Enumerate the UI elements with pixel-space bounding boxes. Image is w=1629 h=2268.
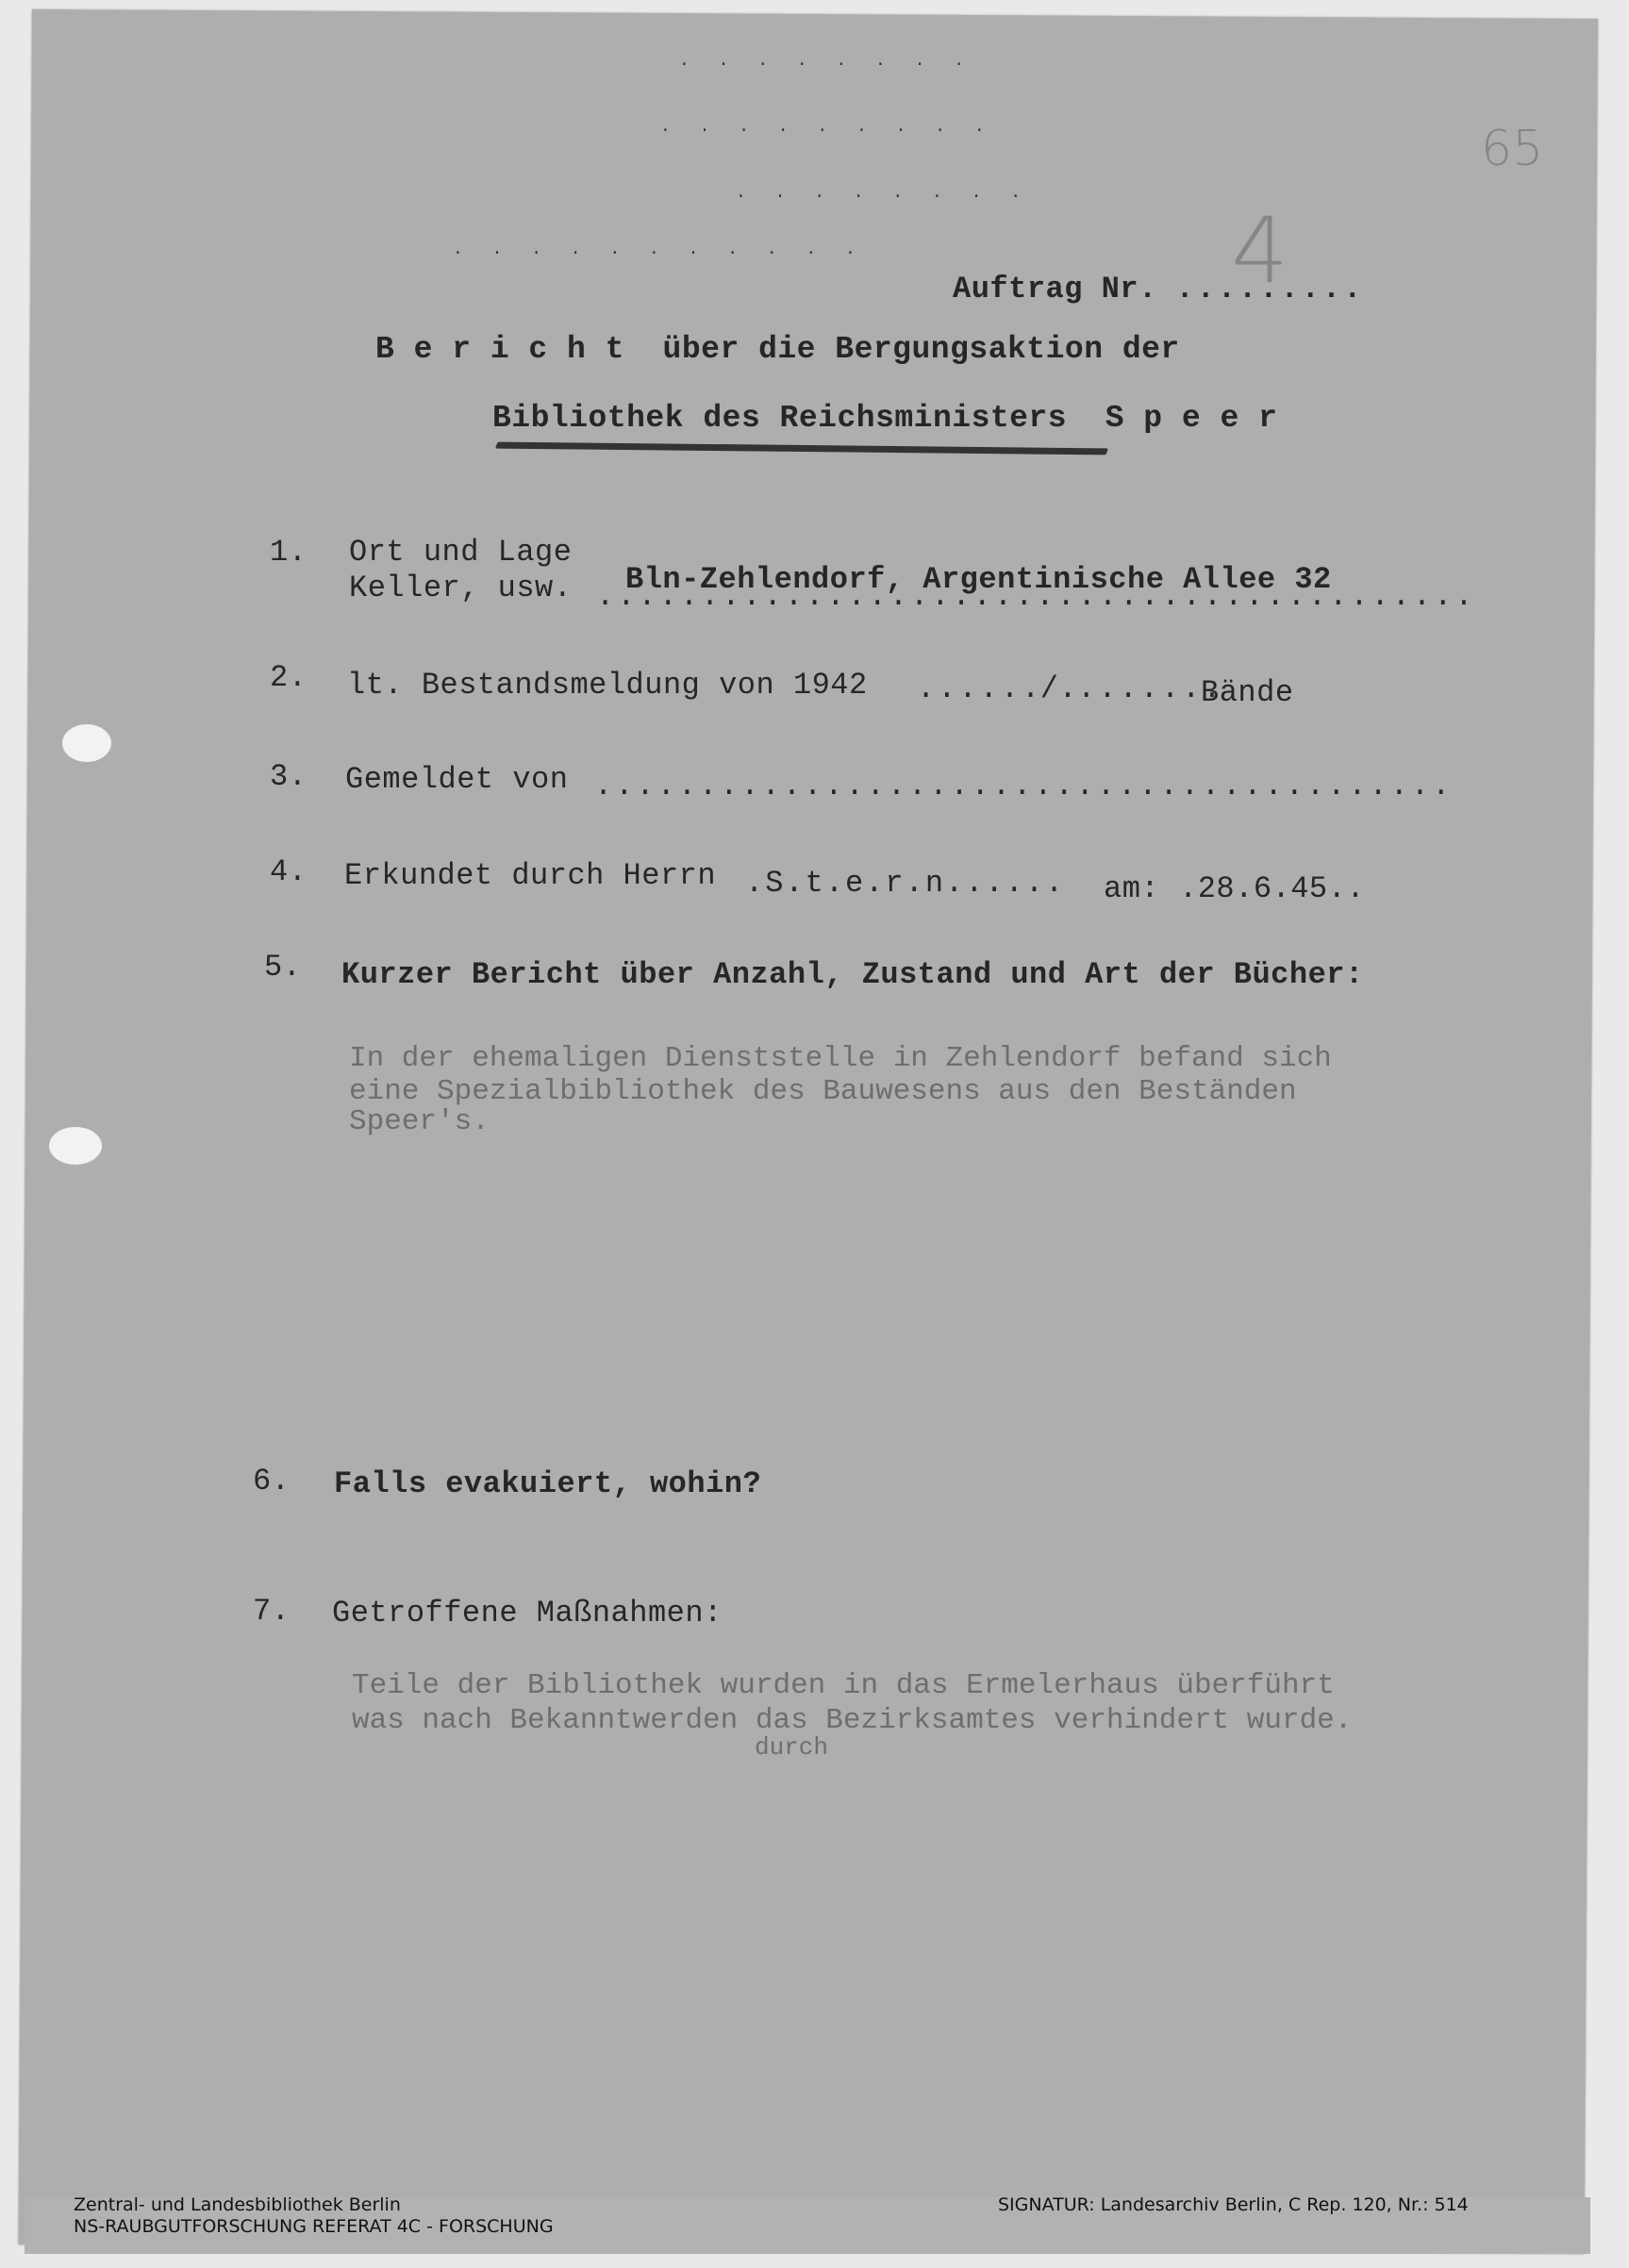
- item-4-number: 4.: [270, 854, 307, 889]
- item-6-number: 6.: [253, 1464, 290, 1498]
- item-5-number: 5.: [264, 950, 301, 985]
- item-7-body-line-1: Teile der Bibliothek wurden in das Ermel…: [352, 1669, 1335, 1702]
- item-4-date: .28.6.45..: [1179, 871, 1365, 906]
- stray-marks: . . . . . . . . .: [660, 118, 994, 137]
- item-3-label: Gemeldet von: [345, 762, 568, 797]
- footer-signature: SIGNATUR: Landesarchiv Berlin, C Rep. 12…: [998, 2194, 1469, 2215]
- item-4-date-label: am:: [1104, 871, 1159, 906]
- item-1-label: Ort und Lage: [349, 535, 572, 570]
- stray-marks: . . . . . . . .: [679, 52, 973, 71]
- page-number-handwritten: 65: [1481, 121, 1543, 177]
- item-2-label: lt. Bestandsmeldung von 1942: [347, 668, 868, 703]
- item-5-label: Kurzer Bericht über Anzahl, Zustand und …: [341, 957, 1364, 992]
- item-7-number: 7.: [253, 1594, 290, 1629]
- item-2-suffix: Bände: [1201, 675, 1294, 710]
- title-line-2: Bibliothek des Reichsministers S p e e r: [492, 401, 1277, 436]
- stray-marks: . . . . . . . . . . .: [453, 240, 865, 259]
- stray-marks: . . . . . . . .: [736, 184, 1030, 203]
- title-line-1: B e r i c h t über die Bergungsaktion de…: [375, 332, 1180, 367]
- item-2-value: ....../........: [917, 671, 1224, 706]
- item-5-body-line-2: eine Spezialbibliothek des Bauwesens aus…: [349, 1075, 1297, 1108]
- order-label: Auftrag Nr. .........: [953, 272, 1364, 306]
- punch-hole-bottom: [49, 1127, 102, 1165]
- order-number-handwritten: 4: [1231, 198, 1288, 304]
- footer-department: NS-RAUBGUTFORSCHUNG REFERAT 4C - FORSCHU…: [74, 2216, 554, 2237]
- item-4-name: .S.t.e.r.n......: [745, 866, 1065, 901]
- punch-hole-top: [62, 724, 111, 762]
- item-7-body-line-2: was nach Bekanntwerden das Bezirksamtes …: [352, 1704, 1352, 1737]
- item-3-leader: ........................................…: [594, 769, 1453, 803]
- item-4-label: Erkundet durch Herrn: [344, 858, 716, 893]
- item-1-value: Bln-Zehlendorf, Argentinische Allee 32: [625, 562, 1332, 597]
- item-3-number: 3.: [270, 759, 307, 794]
- item-1-number: 1.: [270, 535, 307, 570]
- item-2-number: 2.: [270, 660, 307, 695]
- item-5-body-line-1: In der ehemaligen Dienststelle in Zehlen…: [349, 1042, 1332, 1075]
- item-7-label: Getroffene Maßnahmen:: [332, 1596, 723, 1631]
- item-5-body-line-3: Speer's.: [349, 1105, 490, 1138]
- footer-institution: Zentral- und Landesbibliothek Berlin: [74, 2194, 401, 2215]
- item-6-label: Falls evakuiert, wohin?: [334, 1466, 761, 1501]
- item-7-body-line-3: durch: [755, 1733, 828, 1762]
- item-1-label-2: Keller, usw.: [349, 571, 572, 605]
